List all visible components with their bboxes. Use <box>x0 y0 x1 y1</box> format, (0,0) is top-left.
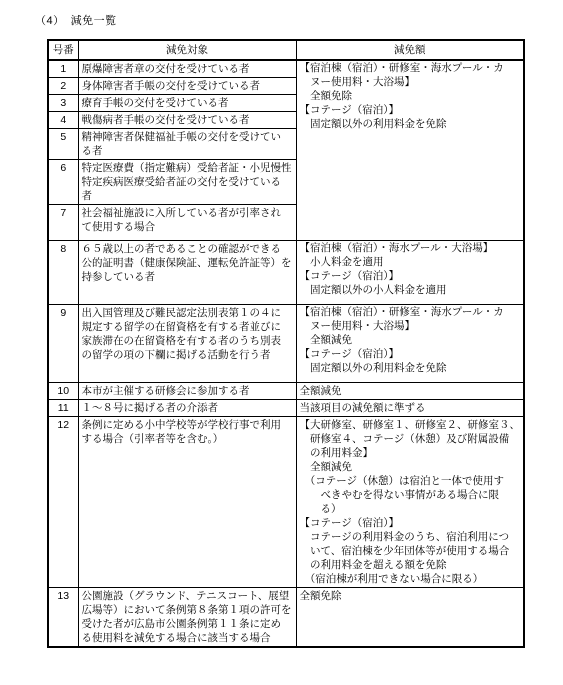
row-target-cell: 精神障害者保健福祉手帳の交付を受けてい る者 <box>78 129 296 160</box>
row-no-cell: 13 <box>48 588 78 648</box>
row-no-cell: 7 <box>48 205 78 241</box>
row-target-cell: 出入国管理及び難民認定法別表第１の４に 規定する留学の在留資格を有する者並びに … <box>78 305 296 383</box>
header-target: 減免対象 <box>78 40 296 60</box>
row-no-cell: 5 <box>48 129 78 160</box>
row-amount-cell: 【宿泊棟（宿泊）・海水プール・大浴場】 小人料金を適用 【コテージ（宿泊）】 固… <box>296 241 524 305</box>
row-target-cell: 公園施設（グラウンド、テニスコート、展望 広場等）において条例第８条第１項の許可… <box>78 588 296 648</box>
row-no-cell: 10 <box>48 383 78 400</box>
row-target-cell: １～８号に掲げる者の介添者 <box>78 400 296 417</box>
page-title: （4） 減免一覧 <box>35 13 117 29</box>
table-row: 11 １～８号に掲げる者の介添者 当該項目の減免額に準ずる <box>48 400 524 417</box>
row-target-cell: 社会福祉施設に入所している者が引率され て使用する場合 <box>78 205 296 241</box>
table-row: 12 条例に定める小中学校等が学校行事で利用 する場合（引率者等を含む。） 【大… <box>48 417 524 588</box>
row-target-cell: 条例に定める小中学校等が学校行事で利用 する場合（引率者等を含む。） <box>78 417 296 588</box>
row-target-cell: 特定医療費（指定難病）受給者証・小児慢性 特定疾病医療受給者証の交付を受けている… <box>78 160 296 205</box>
exemption-table: 号番 減免対象 減免額 1 原爆障害者章の交付を受けている者 【宿泊棟（宿泊）・… <box>47 39 525 648</box>
row-target-cell: 本市が主催する研修会に参加する者 <box>78 383 296 400</box>
document-page: （4） 減免一覧 号番 減免対象 減免額 1 原爆障害者章の交付を受けている者 … <box>0 0 563 685</box>
table-row: 9 出入国管理及び難民認定法別表第１の４に 規定する留学の在留資格を有する者並び… <box>48 305 524 383</box>
row-amount-cell-merged-1-7: 【宿泊棟（宿泊）・研修室・海水プール・カ ヌー使用料・大浴場】 全額免除 【コテ… <box>296 60 524 241</box>
table-row: 1 原爆障害者章の交付を受けている者 【宿泊棟（宿泊）・研修室・海水プール・カ … <box>48 60 524 78</box>
row-target-cell: 戦傷病者手帳の交付を受けている者 <box>78 112 296 129</box>
table-row: 13 公園施設（グラウンド、テニスコート、展望 広場等）において条例第８条第１項… <box>48 588 524 648</box>
row-no-cell: 6 <box>48 160 78 205</box>
row-amount-cell: 全額免除 <box>296 588 524 648</box>
row-no-cell: 3 <box>48 95 78 112</box>
row-no-cell: 9 <box>48 305 78 383</box>
header-row: 号番 減免対象 減免額 <box>48 40 524 60</box>
row-amount-cell: 当該項目の減免額に準ずる <box>296 400 524 417</box>
row-no-cell: 2 <box>48 78 78 95</box>
row-no-cell: 4 <box>48 112 78 129</box>
row-target-cell: 原爆障害者章の交付を受けている者 <box>78 60 296 78</box>
table-row: 10 本市が主催する研修会に参加する者 全額減免 <box>48 383 524 400</box>
row-no-cell: 8 <box>48 241 78 305</box>
row-target-cell: 身体障害者手帳の交付を受けている者 <box>78 78 296 95</box>
row-amount-cell: 全額減免 <box>296 383 524 400</box>
row-amount-cell: 【宿泊棟（宿泊）・研修室・海水プール・カ ヌー使用料・大浴場】 全額減免 【コテ… <box>296 305 524 383</box>
header-amount: 減免額 <box>296 40 524 60</box>
row-no-cell: 1 <box>48 60 78 78</box>
row-target-cell: ６５歳以上の者であることの確認ができる 公的証明書（健康保険証、運転免許証等）を… <box>78 241 296 305</box>
row-no-cell: 12 <box>48 417 78 588</box>
table-row: 8 ６５歳以上の者であることの確認ができる 公的証明書（健康保険証、運転免許証等… <box>48 241 524 305</box>
header-no: 号番 <box>48 40 78 60</box>
row-target-cell: 療育手帳の交付を受けている者 <box>78 95 296 112</box>
row-no-cell: 11 <box>48 400 78 417</box>
row-amount-cell: 【大研修室、研修室１、研修室２、研修室３、 研修室４、コテージ（休憩）及び附属設… <box>296 417 524 588</box>
